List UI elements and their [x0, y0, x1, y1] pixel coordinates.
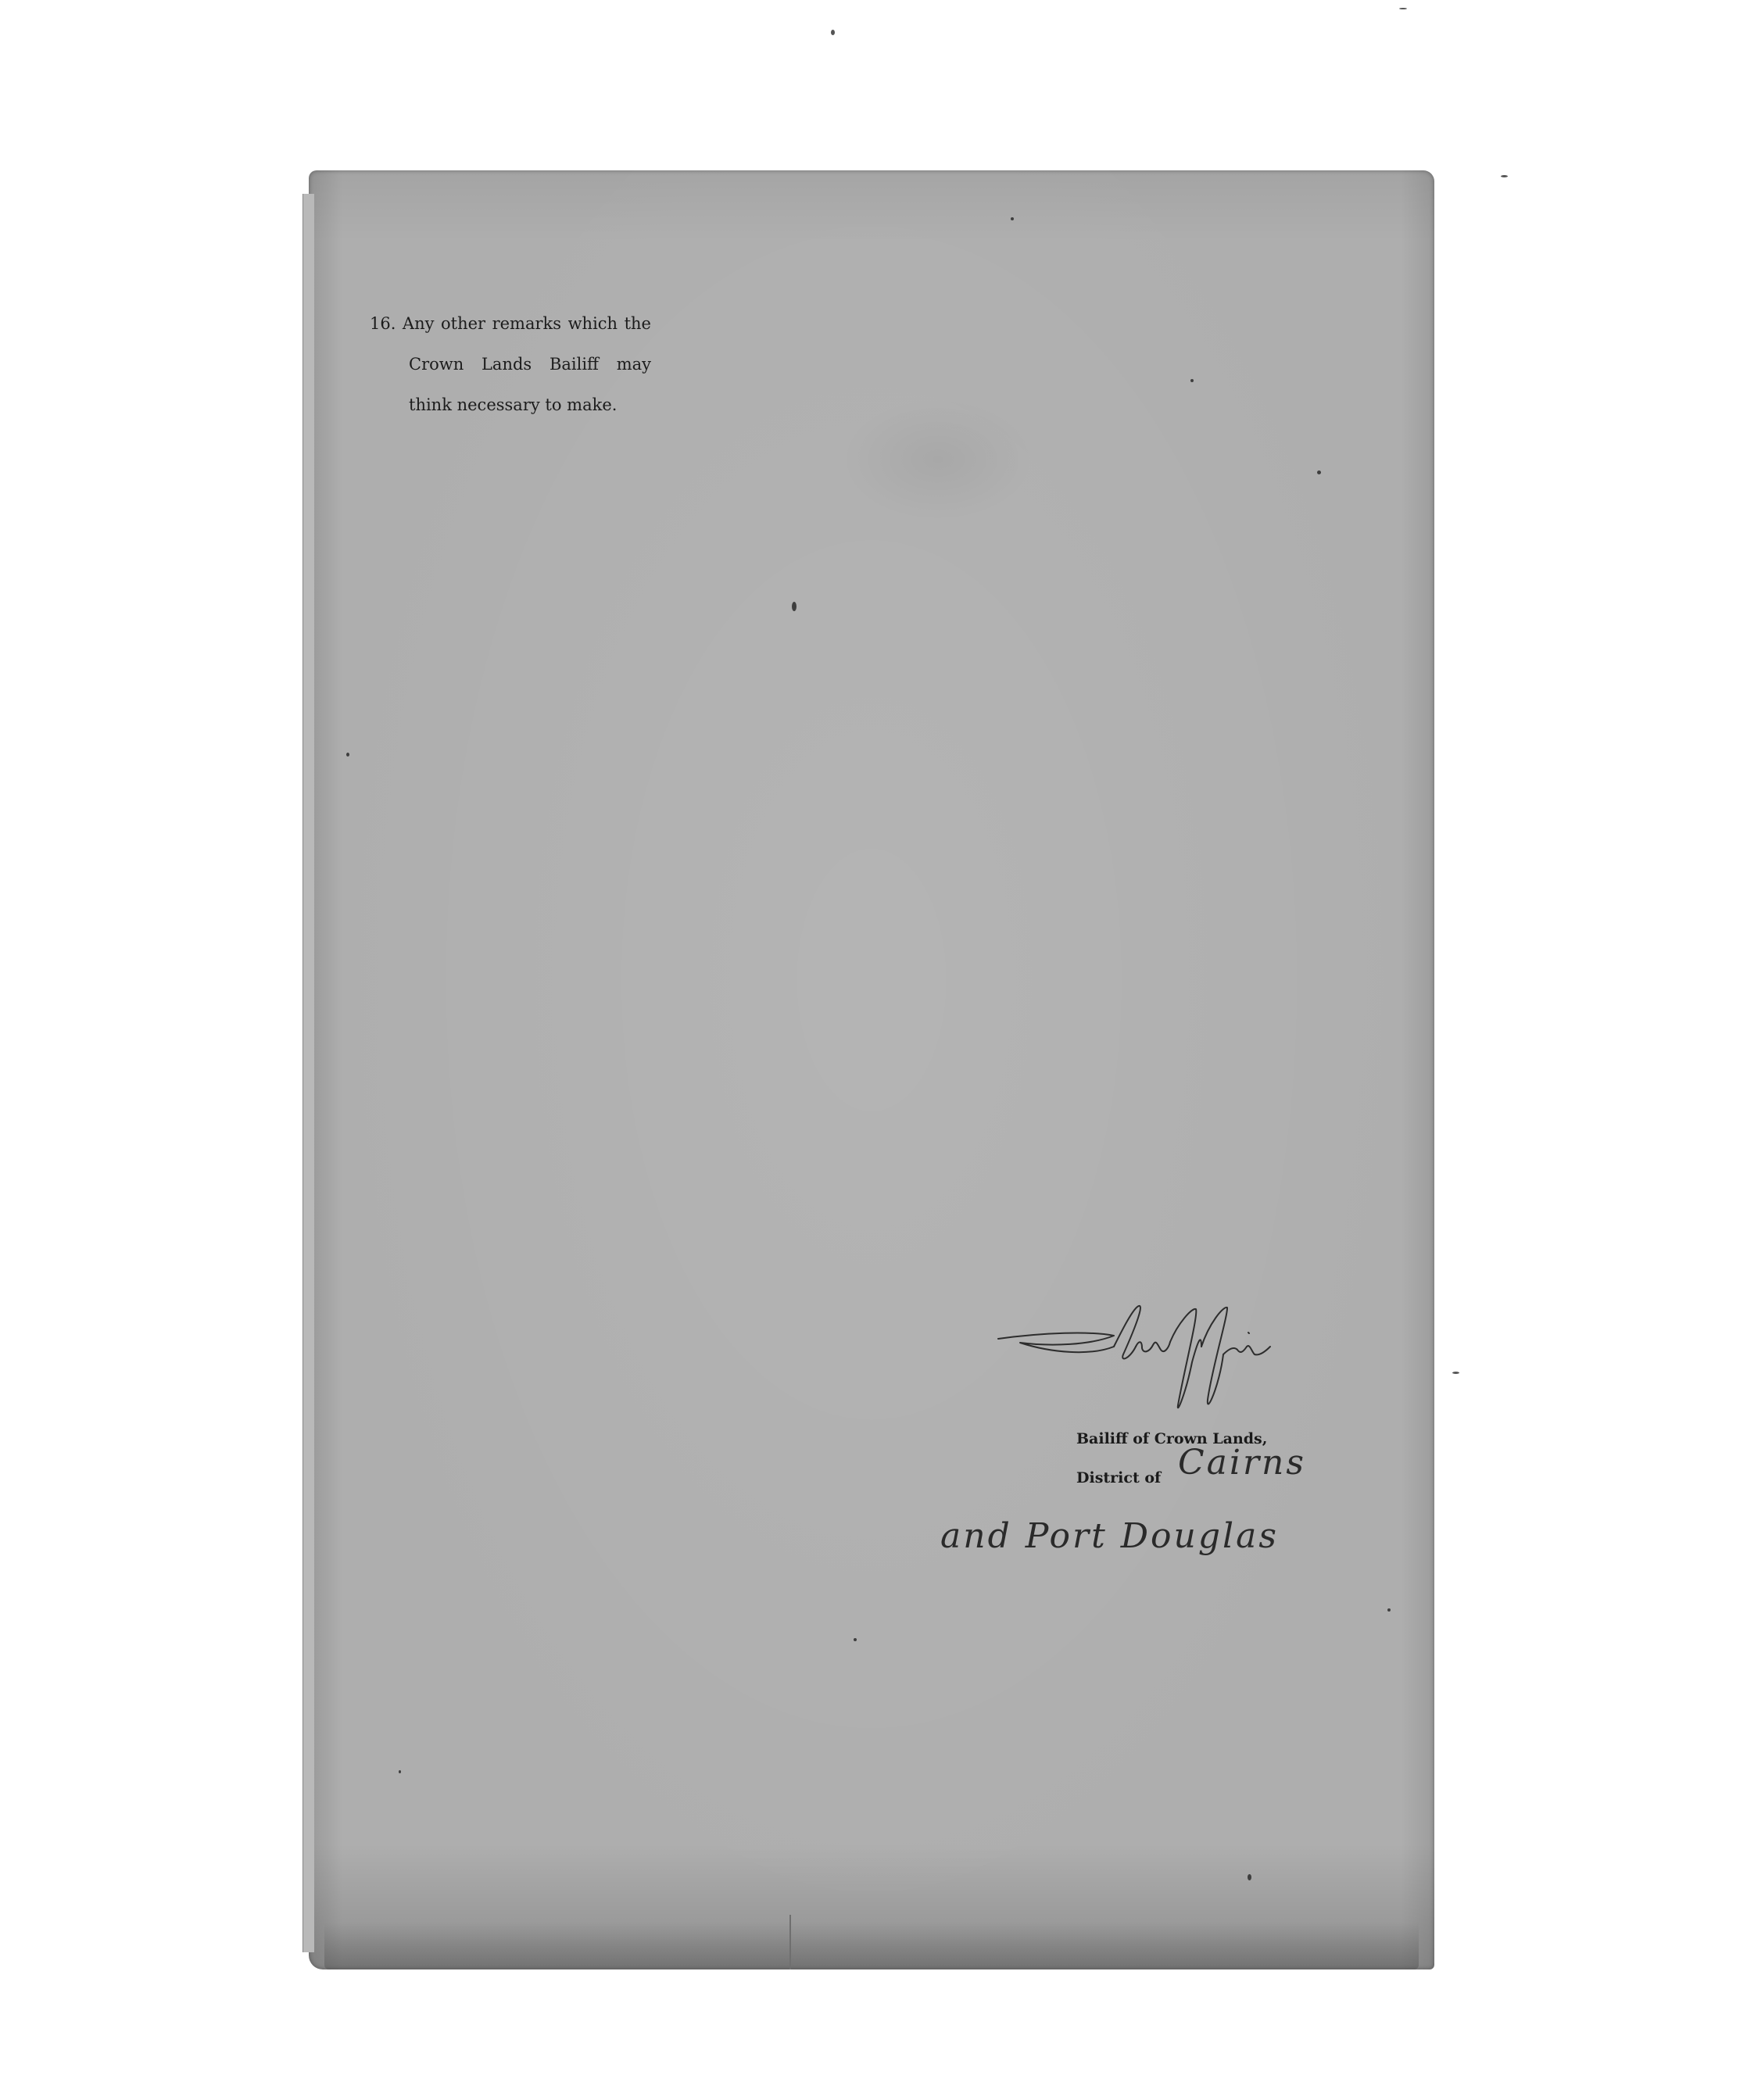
- sheet-bottom-wear: [324, 1923, 1419, 1969]
- paper-speck: [1011, 217, 1014, 220]
- question-number: 16.: [370, 303, 396, 344]
- bleed-through-stamp: [840, 397, 1036, 522]
- question-line-2: Crown Lands Bailiff may: [370, 344, 651, 385]
- paper-sheet: 16. Any other remarks which the Crown La…: [309, 170, 1434, 1969]
- scan-speck: [1399, 8, 1407, 9]
- scan-speck: [1452, 1372, 1459, 1374]
- paper-crack: [789, 1915, 791, 1969]
- question-16: 16. Any other remarks which the Crown La…: [370, 303, 651, 425]
- district-continuation-handwritten: and Port Douglas: [940, 1516, 1279, 1556]
- paper-speck: [1190, 379, 1194, 382]
- sheet-left-edge: [303, 194, 314, 1952]
- question-line-3: think necessary to make.: [370, 385, 651, 425]
- paper-speck: [1317, 470, 1321, 474]
- handwritten-signature: [997, 1300, 1278, 1409]
- paper-speck: [792, 602, 797, 611]
- question-line-1: 16. Any other remarks which the: [370, 303, 651, 344]
- paper-speck: [399, 1770, 401, 1773]
- paper-speck: [854, 1638, 857, 1641]
- signature-strokes: [997, 1300, 1278, 1409]
- district-name-handwritten: Cairns: [1178, 1443, 1306, 1483]
- district-label: District of: [1076, 1469, 1161, 1486]
- paper-speck: [346, 753, 349, 757]
- paper-speck: [1387, 1608, 1391, 1612]
- scan-speck: [1501, 175, 1508, 177]
- scan-speck: [831, 30, 835, 35]
- paper-speck: [1248, 1874, 1251, 1880]
